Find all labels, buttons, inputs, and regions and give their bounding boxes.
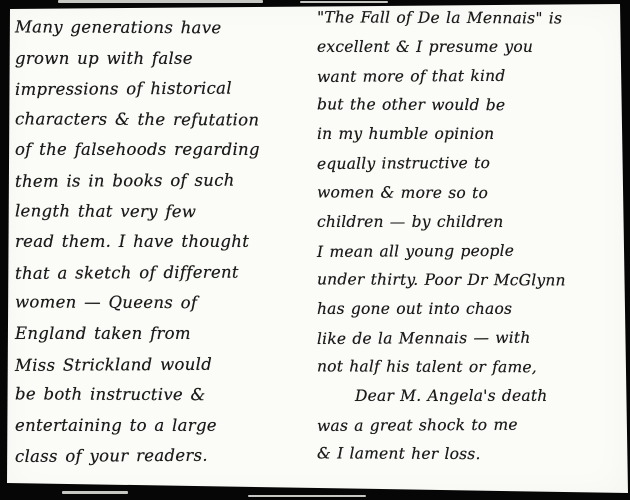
handwritten-line: like de la Mennais — with <box>317 323 625 354</box>
handwritten-line: equally instructive to <box>317 149 625 180</box>
handwritten-line: & I lament her loss. <box>317 440 625 470</box>
handwritten-line: women & more so to <box>317 178 625 208</box>
handwritten-line: entertaining to a large <box>15 411 313 442</box>
handwritten-line: women — Queens of <box>15 288 313 320</box>
handwritten-line: "The Fall of De la Mennais" is <box>317 3 625 33</box>
scan-noise <box>58 0 263 3</box>
handwritten-line: want more of that kind <box>317 61 625 92</box>
handwritten-line: has gone out into chaos <box>317 295 625 324</box>
handwritten-line: read them. I have thought <box>15 227 313 258</box>
handwritten-line: characters & the refutation <box>15 104 313 136</box>
handwritten-line: of the falsehoods regarding <box>15 135 313 166</box>
handwritten-line: excellent & I presume you <box>317 33 625 62</box>
handwritten-line: that a sketch of different <box>15 257 313 289</box>
letter-page: Many generations havegrown up with false… <box>0 0 630 500</box>
handwritten-line: length that very few <box>15 196 313 228</box>
scan-noise <box>300 1 388 3</box>
handwritten-line: under thirty. Poor Dr McGlynn <box>317 265 625 295</box>
handwritten-line: Miss Strickland would <box>15 349 313 381</box>
letter-column-left: Many generations havegrown up with false… <box>15 13 313 472</box>
handwritten-line: children — by children <box>317 208 625 237</box>
handwritten-line: was a great shock to me <box>317 410 625 441</box>
handwritten-line: Dear M. Angela's death <box>317 382 625 411</box>
handwritten-line: impressions of historical <box>15 73 313 105</box>
handwritten-line: I mean all young people <box>317 236 625 267</box>
handwritten-line: but the other would be <box>317 91 625 121</box>
scanned-letter-image: Many generations havegrown up with false… <box>0 0 630 500</box>
handwritten-line: be both instructive & <box>15 379 313 411</box>
handwritten-line: them is in books of such <box>15 165 313 197</box>
handwritten-line: not half his talent or fame, <box>317 352 625 382</box>
handwritten-line: class of your readers. <box>15 440 313 472</box>
handwritten-line: in my humble opinion <box>317 120 625 149</box>
letter-column-right: "The Fall of De la Mennais" isexcellent … <box>317 4 625 470</box>
handwritten-line: England taken from <box>15 319 313 350</box>
handwritten-line: Many generations have <box>15 12 313 44</box>
scan-noise <box>62 491 128 494</box>
handwritten-line: grown up with false <box>15 44 313 75</box>
scan-noise <box>248 495 366 497</box>
